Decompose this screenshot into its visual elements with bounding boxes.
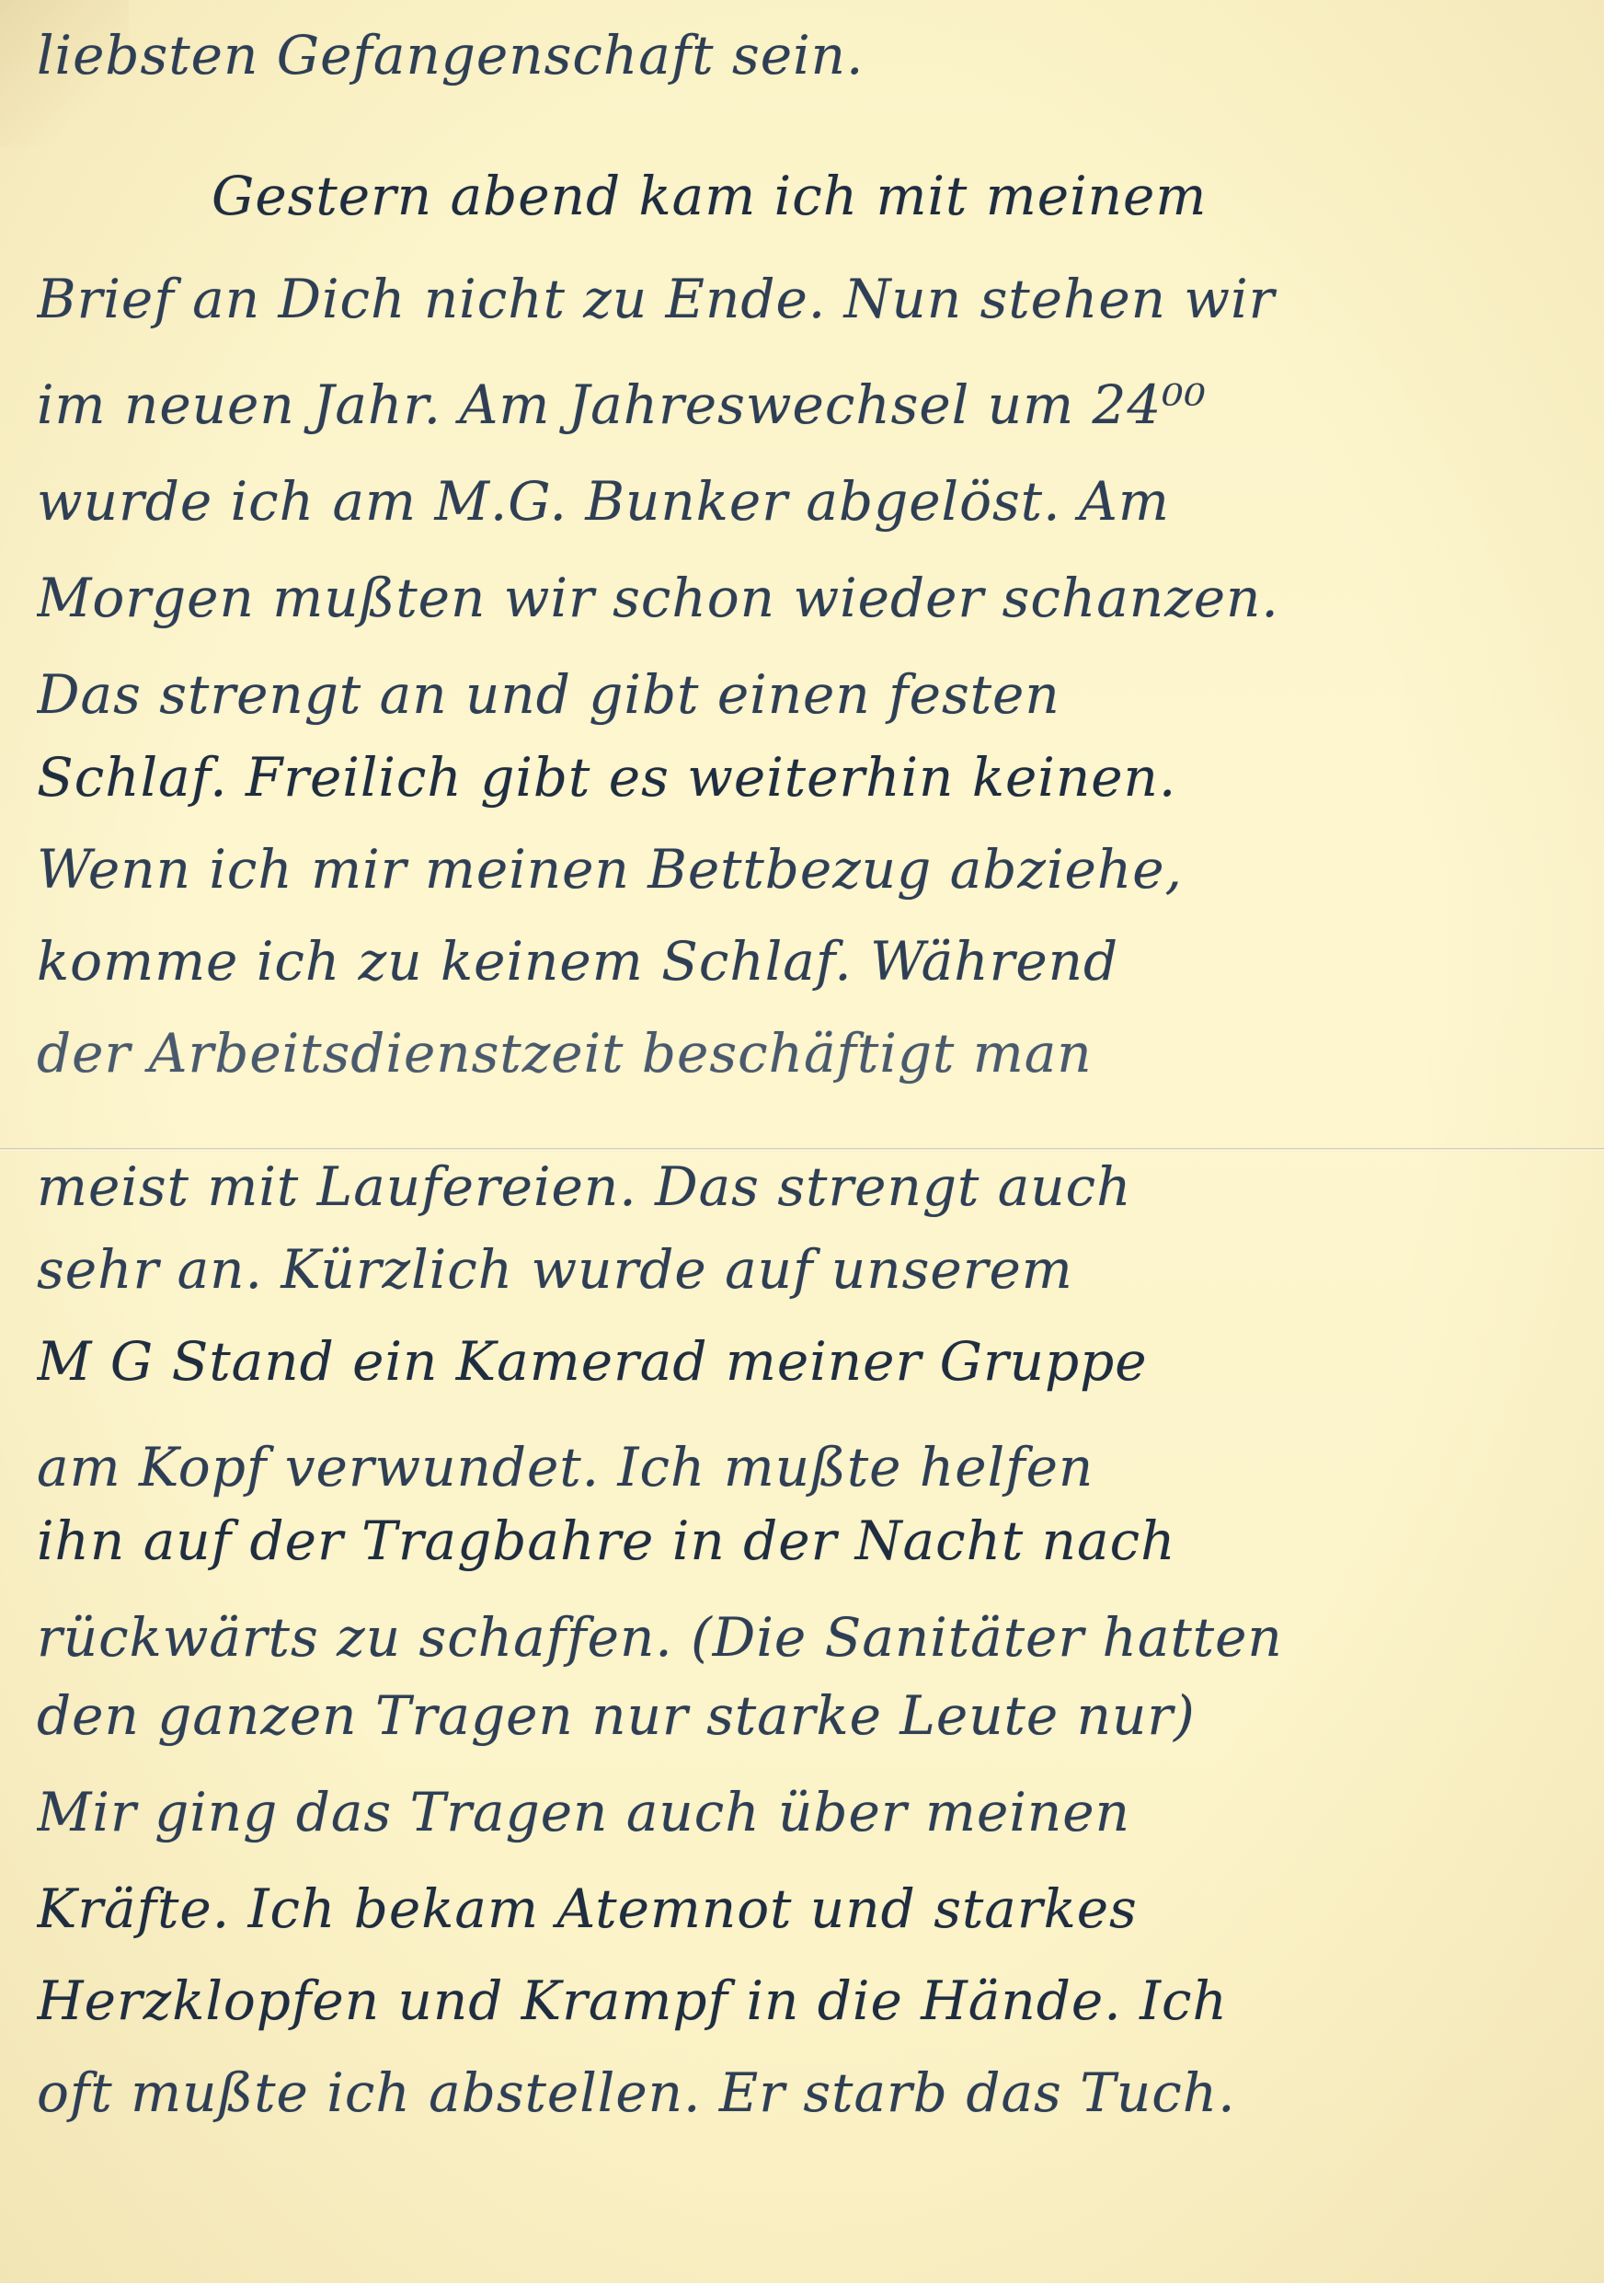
letter-line-1: liebsten Gefangenschaft sein. xyxy=(37,23,1576,87)
paper-fold-line xyxy=(0,1148,1604,1152)
letter-line-4: im neuen Jahr. Am Jahreswechsel um 24⁰⁰ xyxy=(37,373,1576,437)
scan-margin xyxy=(0,2283,1604,2296)
letter-line-14: M G Stand ein Kamerad meiner Gruppe xyxy=(37,1329,1576,1394)
letter-line-12: meist mit Laufereien. Das strengt auch xyxy=(37,1154,1576,1219)
letter-line-10: komme ich zu keinem Schlaf. Während xyxy=(37,929,1576,993)
letter-line-2: Gestern abend kam ich mit meinem xyxy=(212,164,1576,228)
letter-line-20: Kräfte. Ich bekam Atemnot und starkes xyxy=(37,1877,1576,1941)
letter-line-17: rückwärts zu schaffen. (Die Sanitäter ha… xyxy=(37,1605,1576,1670)
letter-line-15: am Kopf verwundet. Ich mußte helfen xyxy=(37,1435,1576,1499)
letter-line-13: sehr an. Kürzlich wurde auf unserem xyxy=(37,1237,1576,1302)
letter-line-6: Morgen mußten wir schon wieder schanzen. xyxy=(37,566,1576,630)
letter-line-22: oft mußte ich abstellen. Er starb das Tu… xyxy=(37,2061,1576,2125)
letter-paper: liebsten Gefangenschaft sein. Gestern ab… xyxy=(0,0,1604,2283)
letter-line-19: Mir ging das Tragen auch über meinen xyxy=(37,1780,1576,1844)
letter-line-16: ihn auf der Tragbahre in der Nacht nach xyxy=(37,1509,1576,1573)
letter-line-5: wurde ich am M.G. Bunker abgelöst. Am xyxy=(37,469,1576,534)
letter-line-18: den ganzen Tragen nur starke Leute nur) xyxy=(37,1683,1576,1748)
letter-line-9: Wenn ich mir meinen Bettbezug abziehe, xyxy=(37,837,1576,901)
letter-line-7: Das strengt an und gibt einen festen xyxy=(37,662,1576,727)
letter-line-3: Brief an Dich nicht zu Ende. Nun stehen … xyxy=(37,267,1576,331)
letter-line-8: Schlaf. Freilich gibt es weiterhin keine… xyxy=(37,745,1576,809)
letter-line-11: der Arbeitsdienstzeit beschäftigt man xyxy=(37,1021,1576,1085)
letter-line-21: Herzklopfen und Krampf in die Hände. Ich xyxy=(37,1969,1576,2033)
